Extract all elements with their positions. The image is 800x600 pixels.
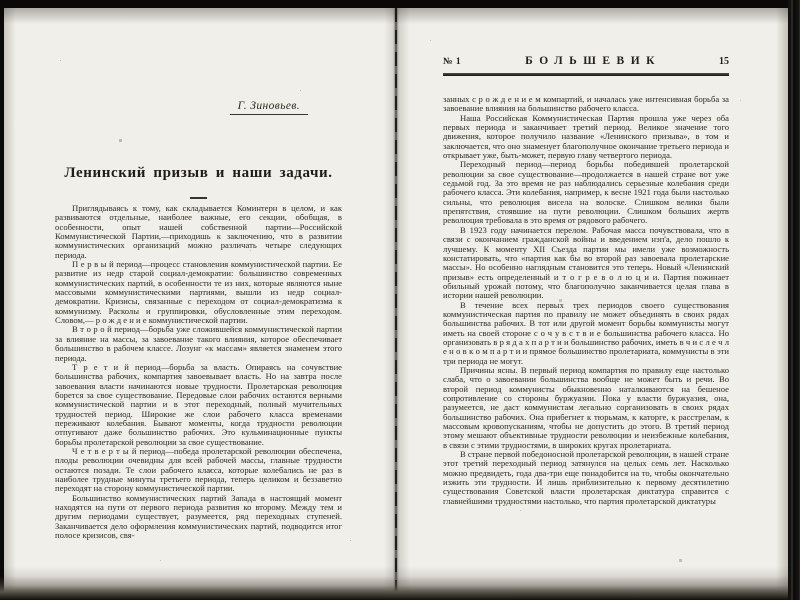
paragraph: Т р е т и й период—борьба за власть. Опи… — [55, 363, 342, 447]
paragraph: В течение всех первых трех периодов свое… — [443, 301, 729, 366]
author-signature: Г. Зиновьев. — [230, 100, 308, 115]
paragraph: В 1923 году начинается перелом. Рабочая … — [443, 226, 729, 301]
paragraph: В т о р о й период—борьба уже сложившейс… — [55, 325, 342, 362]
paragraph: Наша Российская Коммунистическая Партия … — [443, 114, 729, 161]
author-line: Г. Зиновьев. — [55, 96, 308, 115]
running-header: № 1 БОЛЬШЕВИК 15 — [443, 55, 729, 67]
journal-title: БОЛЬШЕВИК — [519, 55, 661, 67]
paragraph: Причины ясны. В первый период компартия … — [443, 366, 729, 450]
scan-noise-speckles — [0, 0, 1, 1]
scanned-book-spread: Г. Зиновьев. Ленинский призыв и наши зад… — [0, 0, 800, 600]
book-binding-gutter — [395, 8, 397, 592]
paragraph: Большинство коммунистических партий Запа… — [55, 494, 342, 541]
right-page-body: занных с р о ж д е н и е м компартий, и … — [443, 95, 729, 506]
issue-number: № 1 — [443, 57, 461, 67]
page-number: 15 — [719, 56, 729, 67]
paragraph: Приглядываясь к тому, как складывается К… — [55, 204, 342, 260]
bottom-scan-edge — [0, 576, 800, 600]
left-page-body: Приглядываясь к тому, как складывается К… — [55, 204, 342, 540]
right-scan-edge — [788, 0, 800, 600]
header-rule — [443, 73, 729, 76]
paragraph: Переходный период—период борьбы победивш… — [443, 160, 729, 225]
paragraph: Ч е т в е р т ы й период—победа пролетар… — [55, 447, 342, 494]
binding-shadow — [384, 8, 410, 592]
paragraph: занных с р о ж д е н и е м компартий, и … — [443, 95, 729, 114]
paragraph: В стране первой победоносной пролетарско… — [443, 450, 729, 506]
title-divider — [190, 197, 207, 199]
paragraph: П е р в ы й период—процесс становления к… — [55, 260, 342, 325]
article-title: Ленинский призыв и наши задачи. — [55, 165, 342, 182]
